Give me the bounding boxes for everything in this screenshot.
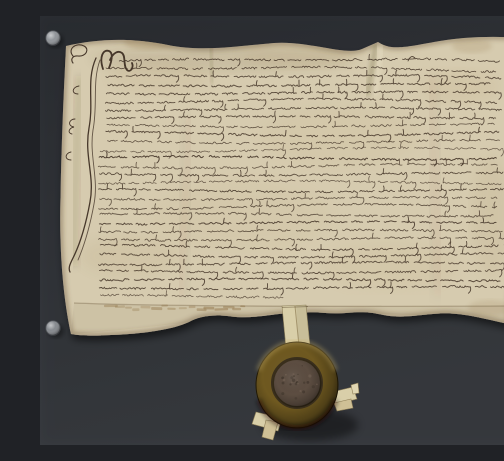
stain-dash xyxy=(240,305,245,307)
stain-dash xyxy=(167,308,175,310)
mottle xyxy=(420,70,500,102)
stain-dash xyxy=(132,308,139,311)
pin-shading xyxy=(46,31,60,45)
stain-dash xyxy=(161,304,168,306)
stain-dash xyxy=(125,307,132,309)
parchment xyxy=(60,34,504,336)
seal-texture-dot xyxy=(297,382,299,384)
seal-texture-dot xyxy=(295,397,298,400)
charter-scene xyxy=(40,16,504,445)
seal-texture-dot xyxy=(307,381,310,384)
seal-texture-dot xyxy=(299,390,301,392)
seal-texture-dot xyxy=(282,382,285,385)
seal-texture-dot xyxy=(308,374,311,377)
seal-texture-dot xyxy=(297,380,298,381)
seal-texture-dot xyxy=(285,374,287,376)
stain xyxy=(452,39,492,53)
stain-dash xyxy=(232,308,241,310)
wax-seal xyxy=(256,342,338,428)
stain-dash xyxy=(141,306,151,309)
pin-shading xyxy=(46,321,60,335)
seal-texture-dot xyxy=(293,375,295,377)
stain-dash xyxy=(214,308,228,311)
seal-texture-dot xyxy=(312,385,315,388)
seal-texture-dot xyxy=(303,382,305,384)
charter-photograph xyxy=(40,16,504,445)
stain-dash xyxy=(203,307,214,310)
seal-texture-dot xyxy=(316,384,318,386)
seal-texture-dot xyxy=(292,379,295,382)
seal-texture-dot xyxy=(291,382,293,384)
seal-texture-dot xyxy=(302,390,305,393)
seal-texture-dot xyxy=(292,373,294,375)
seal-texture-dot xyxy=(281,392,284,395)
seal-texture-dot xyxy=(302,365,303,366)
stain-dash xyxy=(179,307,187,309)
stain-dash xyxy=(189,306,196,309)
seal-texture-dot xyxy=(289,383,291,385)
mottle xyxy=(150,180,330,252)
seal-texture-dot xyxy=(283,378,286,381)
stain-dash xyxy=(115,305,125,308)
seal-texture-dot xyxy=(297,374,298,375)
stain-dash xyxy=(151,307,162,310)
